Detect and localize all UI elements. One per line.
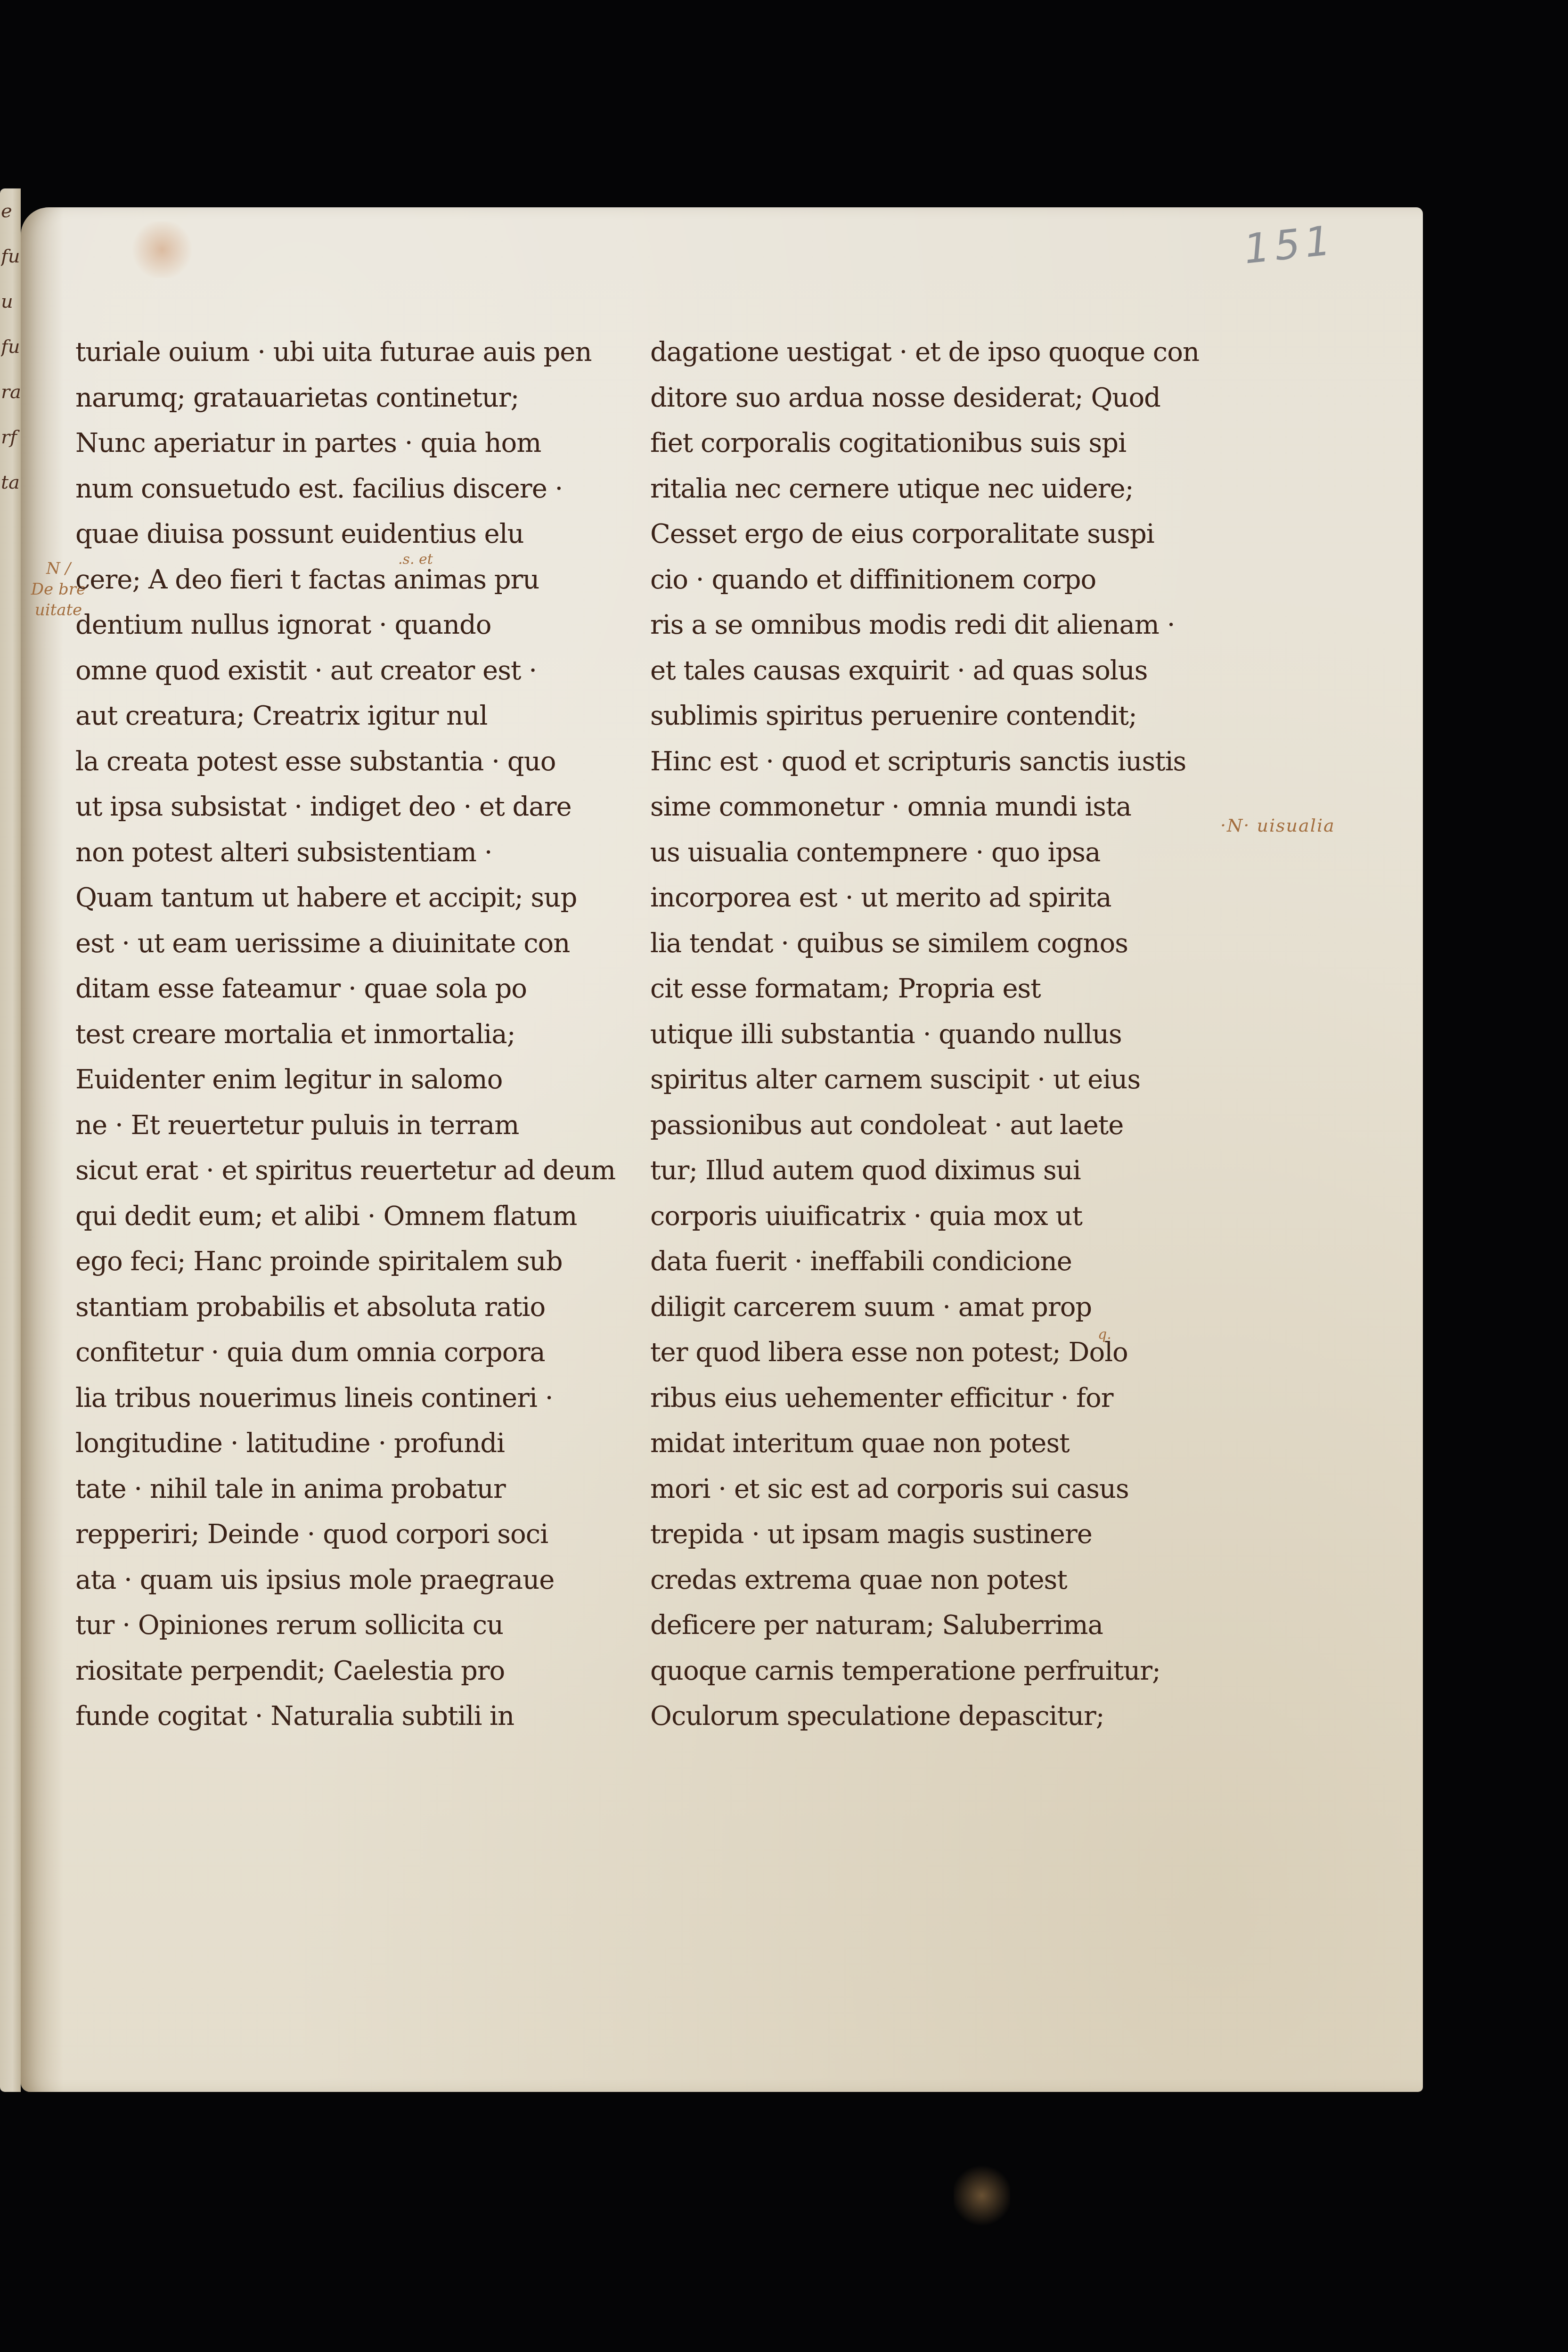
text-line: ribus eius uehementer efficitur · for xyxy=(650,1376,1206,1421)
text-line: num consuetudo est. facilius discere · xyxy=(75,466,631,512)
stain-mark xyxy=(129,221,195,278)
text-line: la creata potest esse substantia · quo xyxy=(75,739,631,785)
facing-fragment: ra xyxy=(1,369,20,415)
text-line: midat interitum quae non potest xyxy=(650,1421,1206,1467)
text-line: trepida · ut ipsam magis sustinere xyxy=(650,1512,1206,1558)
text-line: diligit carcerem suum · amat prop xyxy=(650,1285,1206,1331)
text-line: Quam tantum ut habere et accipit; sup xyxy=(75,875,631,921)
text-line: non potest alteri subsistentiam · xyxy=(75,830,631,876)
text-line: ne · Et reuertetur puluis in terram xyxy=(75,1103,631,1149)
text-line: stantiam probabilis et absoluta ratio xyxy=(75,1285,631,1331)
text-line: deficere per naturam; Saluberrima xyxy=(650,1603,1206,1649)
text-line: sicut erat · et spiritus reuertetur ad d… xyxy=(75,1148,631,1194)
text-line: qui dedit eum; et alibi · Omnem flatum xyxy=(75,1194,631,1240)
text-line: test creare mortalia et inmortalia; xyxy=(75,1012,631,1058)
text-line: turiale ouium · ubi uita futurae auis pe… xyxy=(75,330,631,376)
facing-fragment: tate xyxy=(1,460,20,505)
text-line: ris a se omnibus modis redi dit alienam … xyxy=(650,603,1206,648)
facing-fragment: rf xyxy=(1,415,20,460)
text-line: dentium nullus ignorat · quando xyxy=(75,603,631,648)
text-line: us uisualia contempnere · quo ipsa xyxy=(650,830,1206,876)
text-line: Nunc aperiatur in partes · quia hom xyxy=(75,421,631,466)
text-line: lia tendat · quibus se similem cognos xyxy=(650,921,1206,967)
facing-fragment: fu xyxy=(1,234,20,279)
text-line: tur; Illud autem quod diximus sui xyxy=(650,1148,1206,1194)
text-line: spiritus alter carnem suscipit · ut eius xyxy=(650,1057,1206,1103)
text-line: confitetur · quia dum omnia corpora xyxy=(75,1330,631,1376)
text-column-right: dagatione uestigat · et de ipso quoque c… xyxy=(650,330,1206,1739)
folio-number: 151 xyxy=(1241,217,1338,273)
text-line: credas extrema quae non potest xyxy=(650,1558,1206,1603)
text-line: Cesset ergo de eius corporalitate suspi xyxy=(650,512,1206,557)
text-line: tur · Opiniones rerum sollicita cu xyxy=(75,1603,631,1649)
text-line: riositate perpendit; Caelestia pro xyxy=(75,1649,631,1694)
text-line: ditore suo ardua nosse desiderat; Quod xyxy=(650,376,1206,421)
text-line: fiet corporalis cogitationibus suis spi xyxy=(650,421,1206,466)
text-line: Oculorum speculatione depascitur; xyxy=(650,1694,1206,1739)
text-column-left: turiale ouium · ubi uita futurae auis pe… xyxy=(75,330,631,1739)
text-line: aut creatura; Creatrix igitur nul xyxy=(75,694,631,739)
text-line: tate · nihil tale in anima probatur xyxy=(75,1467,631,1512)
text-line: data fuerit · ineffabili condicione xyxy=(650,1239,1206,1285)
text-line: longitudine · latitudine · profundi xyxy=(75,1421,631,1467)
text-line: ata · quam uis ipsius mole praegraue xyxy=(75,1558,631,1603)
text-line: incorporea est · ut merito ad spirita xyxy=(650,875,1206,921)
facing-fragment: e xyxy=(1,188,20,234)
text-line: corporis uiuificatrix · quia mox ut xyxy=(650,1194,1206,1240)
text-line: cere; A deo fieri t factas animas pru xyxy=(75,557,631,603)
right-margin-gloss: ·N· uisualia xyxy=(1220,815,1335,836)
text-line: dagatione uestigat · et de ipso quoque c… xyxy=(650,330,1206,376)
text-line: quoque carnis temperatione perfruitur; xyxy=(650,1649,1206,1694)
text-line: ut ipsa subsistat · indiget deo · et dar… xyxy=(75,784,631,830)
text-line: et tales causas exquirit · ad quas solus xyxy=(650,648,1206,694)
text-line: ritalia nec cernere utique nec uidere; xyxy=(650,466,1206,512)
text-line: lia tribus nouerimus lineis contineri · xyxy=(75,1376,631,1421)
text-line: repperiri; Deinde · quod corpori soci xyxy=(75,1512,631,1558)
text-line: sime commonetur · omnia mundi ista xyxy=(650,784,1206,830)
text-line: est · ut eam uerissime a diuinitate con xyxy=(75,921,631,967)
text-line: utique illi substantia · quando nullus xyxy=(650,1012,1206,1058)
text-line: quae diuisa possunt euidentius elu xyxy=(75,512,631,557)
facing-fragment: fub xyxy=(1,324,20,369)
text-line: ego feci; Hanc proinde spiritalem sub xyxy=(75,1239,631,1285)
text-line: passionibus aut condoleat · aut laete xyxy=(650,1103,1206,1149)
text-line: Hinc est · quod et scripturis sanctis iu… xyxy=(650,739,1206,785)
text-line: ditam esse fateamur · quae sola po xyxy=(75,966,631,1012)
gutter-shadow xyxy=(21,207,63,2092)
text-line: omne quod existit · aut creator est · xyxy=(75,648,631,694)
text-line: mori · et sic est ad corporis sui casus xyxy=(650,1467,1206,1512)
text-line: cit esse formatam; Propria est xyxy=(650,966,1206,1012)
text-line: narumq; gratauarietas continetur; xyxy=(75,376,631,421)
facing-page-text: e fu u fub ra rf tate xyxy=(1,188,20,2092)
stain-mark xyxy=(954,2163,1010,2229)
text-line: funde cogitat · Naturalia subtili in xyxy=(75,1694,631,1739)
text-line: cio · quando et diffinitionem corpo xyxy=(650,557,1206,603)
text-line: ter quod libera esse non potest; Dolo xyxy=(650,1330,1206,1376)
manuscript-viewer: e fu u fub ra rf tate 151 N / De bre uit… xyxy=(0,0,1568,2352)
facing-page-edge: e fu u fub ra rf tate xyxy=(0,188,21,2092)
text-line: sublimis spiritus peruenire contendit; xyxy=(650,694,1206,739)
facing-fragment: u xyxy=(1,279,20,324)
text-line: Euidenter enim legitur in salomo xyxy=(75,1057,631,1103)
